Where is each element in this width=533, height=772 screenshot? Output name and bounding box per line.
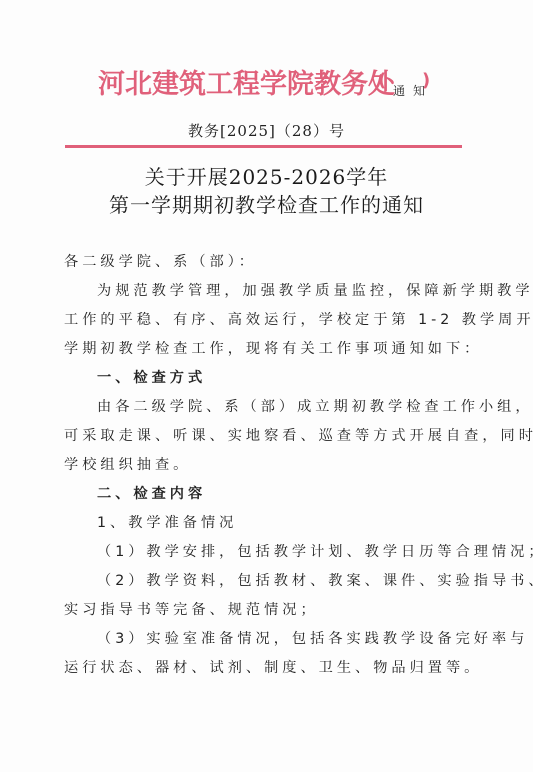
section1-paragraph-line: 可采取走课、听课、实地察看、巡查等方式开展自查，同时 xyxy=(64,425,533,445)
header-paren-left: ( xyxy=(378,70,386,91)
subsection-heading-teaching-preparation: 1、教学准备情况 xyxy=(97,512,237,532)
intro-paragraph-line: 工作的平稳、有序、高效运行，学校定于第 1-2 教学周开展 xyxy=(64,309,533,329)
content-item-3: （3）实验室准备情况，包括各实践教学设备完好率与 xyxy=(97,628,528,648)
intro-paragraph-line: 学期初教学检查工作，现将有关工作事项通知如下： xyxy=(64,338,482,358)
content-item-3-continued: 运行状态、器材、试剂、制度、卫生、物品归置等。 xyxy=(64,657,482,677)
section-heading-inspection-method: 一、检查方式 xyxy=(97,367,206,387)
document-title-line-2: 第一学期期初教学检查工作的通知 xyxy=(0,189,533,218)
section1-paragraph-line: 由各二级学院、系（部）成立期初教学检查工作小组， xyxy=(97,396,533,416)
red-divider-line xyxy=(65,145,462,148)
issuing-office-header: 河北建筑工程学院教务处 xyxy=(98,62,395,101)
content-item-2-continued: 实习指导书等完备、规范情况； xyxy=(64,599,319,619)
document-title-line-1: 关于开展2025-2026学年 xyxy=(0,161,533,190)
document-page: 河北建筑工程学院教务处 ( 通知 ) 教务[2025]（28）号 关于开展202… xyxy=(0,0,533,772)
intro-paragraph-line: 为规范教学管理，加强教学质量监控，保障新学期教学 xyxy=(97,280,533,300)
header-paren-right: ) xyxy=(422,70,430,91)
section1-paragraph-line: 学校组织抽查。 xyxy=(64,454,191,474)
section-heading-inspection-content: 二、检查内容 xyxy=(97,483,206,503)
content-item-1: （1）教学安排，包括教学计划、教学日历等合理情况； xyxy=(97,541,533,561)
salutation: 各二级学院、系（部）： xyxy=(64,251,257,271)
content-item-2: （2）教学资料，包括教材、教案、课件、实验指导书、 xyxy=(97,570,533,590)
document-number: 教务[2025]（28）号 xyxy=(0,120,533,141)
